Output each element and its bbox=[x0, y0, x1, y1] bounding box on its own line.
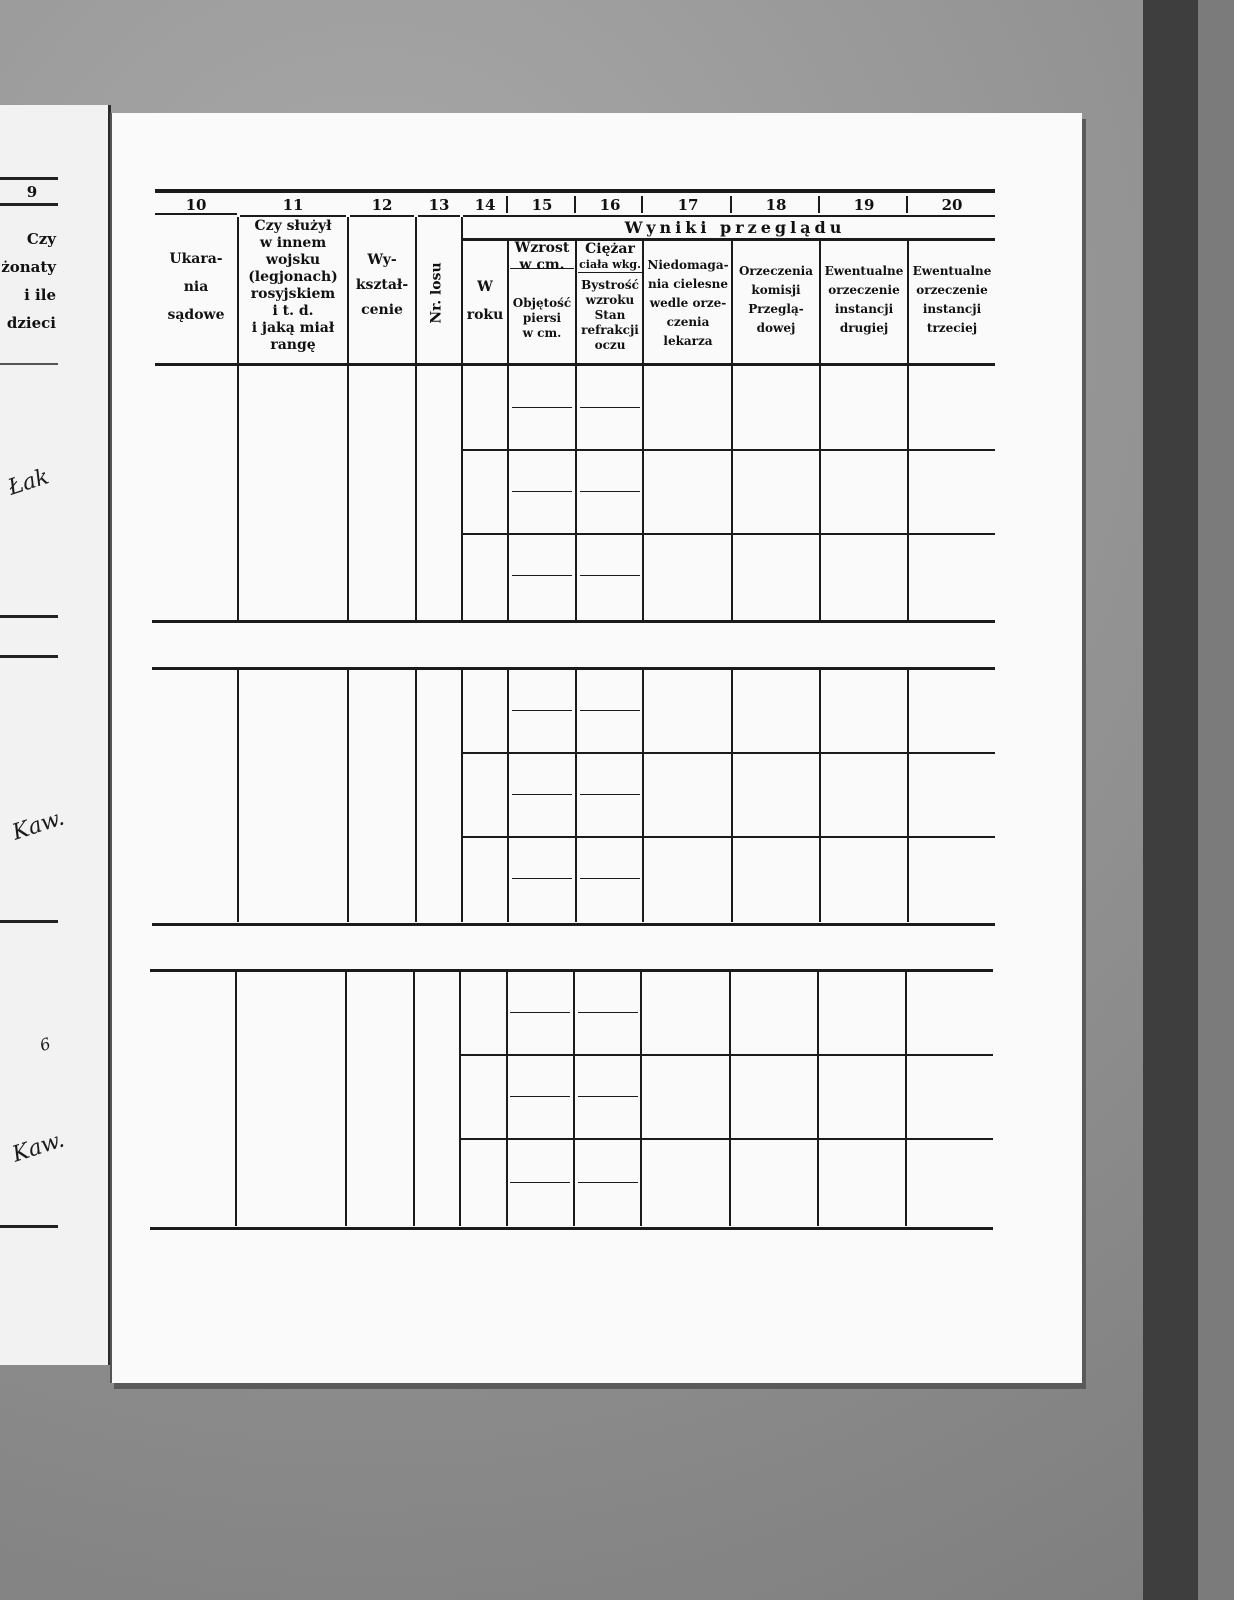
half-row-rule bbox=[578, 1096, 638, 1097]
left-column-title: Czy żonaty i ile dzieci bbox=[0, 225, 56, 337]
half-row-rule bbox=[512, 491, 572, 492]
column-separator bbox=[461, 366, 463, 620]
column-separator bbox=[819, 366, 821, 620]
header-line: Stan bbox=[578, 308, 642, 323]
column-separator bbox=[506, 972, 508, 1226]
header-line: orzeczenie bbox=[910, 281, 994, 300]
header-line: czenia bbox=[645, 313, 731, 332]
header-line: w innem bbox=[240, 235, 346, 252]
column-separator bbox=[347, 670, 349, 922]
left-block-rule bbox=[0, 920, 58, 923]
header-line: Czy służył bbox=[240, 218, 346, 235]
half-row-rule bbox=[578, 1182, 638, 1183]
block-bottom-rule bbox=[152, 620, 995, 623]
column-separator bbox=[347, 366, 349, 620]
half-row-rule bbox=[512, 575, 572, 576]
colnum-separator bbox=[818, 196, 820, 213]
header-line: instancji bbox=[822, 300, 906, 319]
column-number-19: 19 bbox=[822, 196, 906, 214]
column-separator bbox=[640, 972, 642, 1226]
half-row-rule bbox=[512, 407, 572, 408]
column-separator bbox=[731, 366, 733, 620]
column-number-18: 18 bbox=[734, 196, 818, 214]
column-separator bbox=[415, 366, 417, 620]
column-separator bbox=[907, 366, 909, 620]
column-separator bbox=[729, 972, 731, 1226]
sub-row-rule bbox=[461, 1054, 993, 1056]
block-top-rule bbox=[152, 667, 995, 670]
left-title-line: żonaty bbox=[0, 253, 56, 281]
column-number-20: 20 bbox=[910, 196, 994, 214]
column-separator bbox=[237, 366, 239, 620]
column-separator bbox=[642, 670, 644, 922]
half-row-rule bbox=[578, 1012, 638, 1013]
header-line: refrakcji bbox=[578, 323, 642, 338]
column-separator bbox=[237, 670, 239, 922]
column-separator bbox=[907, 670, 909, 922]
sub-row-rule bbox=[461, 1138, 993, 1140]
column-separator bbox=[731, 670, 733, 922]
header-line: W bbox=[463, 273, 507, 301]
sub-row-rule bbox=[463, 533, 995, 535]
handwritten-entry: Kaw. bbox=[9, 1127, 67, 1167]
header-line: w cm. bbox=[510, 257, 574, 274]
header-line: sądowe bbox=[155, 301, 237, 329]
left-column-number: 9 bbox=[12, 183, 52, 201]
half-row-rule bbox=[580, 575, 640, 576]
column-separator bbox=[413, 972, 415, 1226]
header-line: nia cielesne bbox=[645, 275, 731, 294]
sub-row-rule bbox=[463, 752, 995, 754]
column-number-16: 16 bbox=[578, 196, 642, 214]
header-line: i jaką miał bbox=[240, 320, 346, 337]
left-title-line: i ile bbox=[0, 281, 56, 309]
half-row-rule bbox=[512, 878, 572, 879]
column-separator bbox=[819, 670, 821, 922]
header-line: Ciężar bbox=[578, 242, 642, 257]
column-separator bbox=[905, 972, 907, 1226]
header-line: lekarza bbox=[645, 332, 731, 351]
header-nr-losu: Nr. losu bbox=[423, 248, 451, 338]
header-line: komisji bbox=[734, 281, 818, 300]
header-ciezar: Ciężar ciała wkg. bbox=[578, 242, 642, 272]
colnum-rule bbox=[463, 215, 995, 217]
column-separator bbox=[575, 240, 577, 365]
column-separator bbox=[461, 670, 463, 922]
header-w-roku: W roku bbox=[463, 273, 507, 329]
column-separator bbox=[345, 972, 347, 1226]
header-line: drugiej bbox=[822, 319, 906, 338]
header-line: i t. d. bbox=[240, 303, 346, 320]
half-row-rule bbox=[580, 878, 640, 879]
column-separator bbox=[819, 240, 821, 365]
column-separator bbox=[461, 217, 463, 365]
column-number-12: 12 bbox=[350, 196, 414, 214]
header-ukarania: Ukara- nia sądowe bbox=[155, 245, 237, 329]
column-number-14: 14 bbox=[463, 196, 507, 214]
colnum-separator bbox=[906, 196, 908, 213]
left-header-rule bbox=[0, 177, 58, 180]
header-line: wedle orze- bbox=[645, 294, 731, 313]
header-line: rangę bbox=[240, 337, 346, 354]
half-row-rule bbox=[512, 794, 572, 795]
header-bystrosc-wzroku: Bystrość wzroku Stan refrakcji oczu bbox=[578, 278, 642, 353]
left-title-line: Czy bbox=[0, 225, 56, 253]
header-instancja-druga: Ewentualne orzeczenie instancji drugiej bbox=[822, 262, 906, 338]
colnum-rule bbox=[418, 215, 460, 217]
header-line: Wy- bbox=[350, 248, 414, 273]
subheader-rule bbox=[578, 272, 642, 273]
group-header-wyniki: Wyniki przeglądu bbox=[470, 218, 1000, 237]
header-line: Orzeczenia bbox=[734, 262, 818, 281]
header-niedomagania: Niedomaga- nia cielesne wedle orze- czen… bbox=[645, 256, 731, 351]
column-separator bbox=[642, 240, 644, 365]
column-separator bbox=[237, 217, 239, 365]
header-line: roku bbox=[463, 301, 507, 329]
handwritten-entry: Łak bbox=[5, 464, 52, 500]
colnum-rule bbox=[350, 215, 414, 217]
header-wyksztalcenie: Wy- kształ- cenie bbox=[350, 248, 414, 323]
table-top-rule bbox=[155, 189, 995, 193]
header-line: Ewentualne bbox=[910, 262, 994, 281]
header-line: orzeczenie bbox=[822, 281, 906, 300]
sub-row-rule bbox=[463, 449, 995, 451]
left-title-line: dzieci bbox=[0, 309, 56, 337]
header-sluzba: Czy służył w innem wojsku (legjonach) ro… bbox=[240, 218, 346, 354]
colnum-separator bbox=[506, 196, 508, 213]
header-line: rosyjskiem bbox=[240, 286, 346, 303]
header-line: piersi bbox=[510, 311, 574, 326]
half-row-rule bbox=[512, 710, 572, 711]
left-block-rule bbox=[0, 615, 58, 618]
header-line: instancji bbox=[910, 300, 994, 319]
header-line: Bystrość bbox=[578, 278, 642, 293]
header-line: ciała wkg. bbox=[578, 257, 642, 272]
half-row-rule bbox=[510, 1096, 570, 1097]
header-line: nia bbox=[155, 273, 237, 301]
header-line: kształ- bbox=[350, 273, 414, 298]
scan-shadow-band bbox=[1143, 0, 1198, 1600]
column-separator bbox=[642, 366, 644, 620]
column-separator bbox=[575, 670, 577, 922]
sub-row-rule bbox=[463, 836, 995, 838]
column-separator bbox=[507, 670, 509, 922]
left-row-rule bbox=[0, 363, 58, 365]
column-separator bbox=[817, 972, 819, 1226]
column-number-10: 10 bbox=[155, 196, 237, 214]
column-separator bbox=[573, 972, 575, 1226]
header-line: wojsku bbox=[240, 252, 346, 269]
header-line: (legjonach) bbox=[240, 269, 346, 286]
column-number-11: 11 bbox=[240, 196, 346, 214]
column-number-13: 13 bbox=[418, 196, 460, 214]
half-row-rule bbox=[580, 407, 640, 408]
column-separator bbox=[415, 670, 417, 922]
column-separator bbox=[507, 366, 509, 620]
half-row-rule bbox=[510, 1182, 570, 1183]
header-line: dowej bbox=[734, 319, 818, 338]
column-separator bbox=[507, 240, 509, 365]
column-separator bbox=[347, 217, 349, 365]
left-page: 9 Czy żonaty i ile dzieci Łak Kaw. 6 Kaw… bbox=[0, 105, 111, 1365]
column-separator bbox=[731, 240, 733, 365]
colnum-separator bbox=[641, 196, 643, 213]
header-line: Ewentualne bbox=[822, 262, 906, 281]
column-separator bbox=[459, 972, 461, 1226]
column-separator bbox=[907, 240, 909, 365]
header-instancja-trzecia: Ewentualne orzeczenie instancji trzeciej bbox=[910, 262, 994, 338]
column-separator bbox=[575, 366, 577, 620]
header-line: w cm. bbox=[510, 326, 574, 341]
column-separator bbox=[415, 217, 417, 365]
header-line: Przeglą- bbox=[734, 300, 818, 319]
header-orzeczenia-komisji: Orzeczenia komisji Przeglą- dowej bbox=[734, 262, 818, 338]
left-block-rule bbox=[0, 655, 58, 658]
header-line: Nr. losu bbox=[429, 262, 445, 323]
colnum-separator bbox=[574, 196, 576, 213]
half-row-rule bbox=[580, 710, 640, 711]
header-line: Ukara- bbox=[155, 245, 237, 273]
header-objetosc-piersi: Objętość piersi w cm. bbox=[510, 296, 574, 341]
block-top-rule bbox=[150, 969, 993, 972]
half-row-rule bbox=[580, 794, 640, 795]
header-line: Wzrost bbox=[510, 240, 574, 257]
colnum-rule bbox=[240, 215, 346, 217]
header-line: trzeciej bbox=[910, 319, 994, 338]
handwritten-entry: Kaw. bbox=[9, 805, 67, 845]
column-number-17: 17 bbox=[645, 196, 731, 214]
header-line: oczu bbox=[578, 338, 642, 353]
left-block-rule bbox=[0, 1225, 58, 1228]
column-number-15: 15 bbox=[510, 196, 574, 214]
scan-edge bbox=[1198, 0, 1234, 1600]
block-bottom-rule bbox=[152, 923, 995, 926]
header-line: wzroku bbox=[578, 293, 642, 308]
colnum-separator bbox=[730, 196, 732, 213]
block-bottom-rule bbox=[150, 1227, 993, 1230]
column-separator bbox=[235, 972, 237, 1226]
header-wzrost: Wzrost w cm. bbox=[510, 240, 574, 274]
left-header-rule bbox=[0, 203, 58, 206]
half-row-rule bbox=[580, 491, 640, 492]
half-row-rule bbox=[510, 1012, 570, 1013]
header-line: Objętość bbox=[510, 296, 574, 311]
handwritten-entry: 6 bbox=[37, 1034, 53, 1055]
header-line: Niedomaga- bbox=[645, 256, 731, 275]
header-line: cenie bbox=[350, 298, 414, 323]
